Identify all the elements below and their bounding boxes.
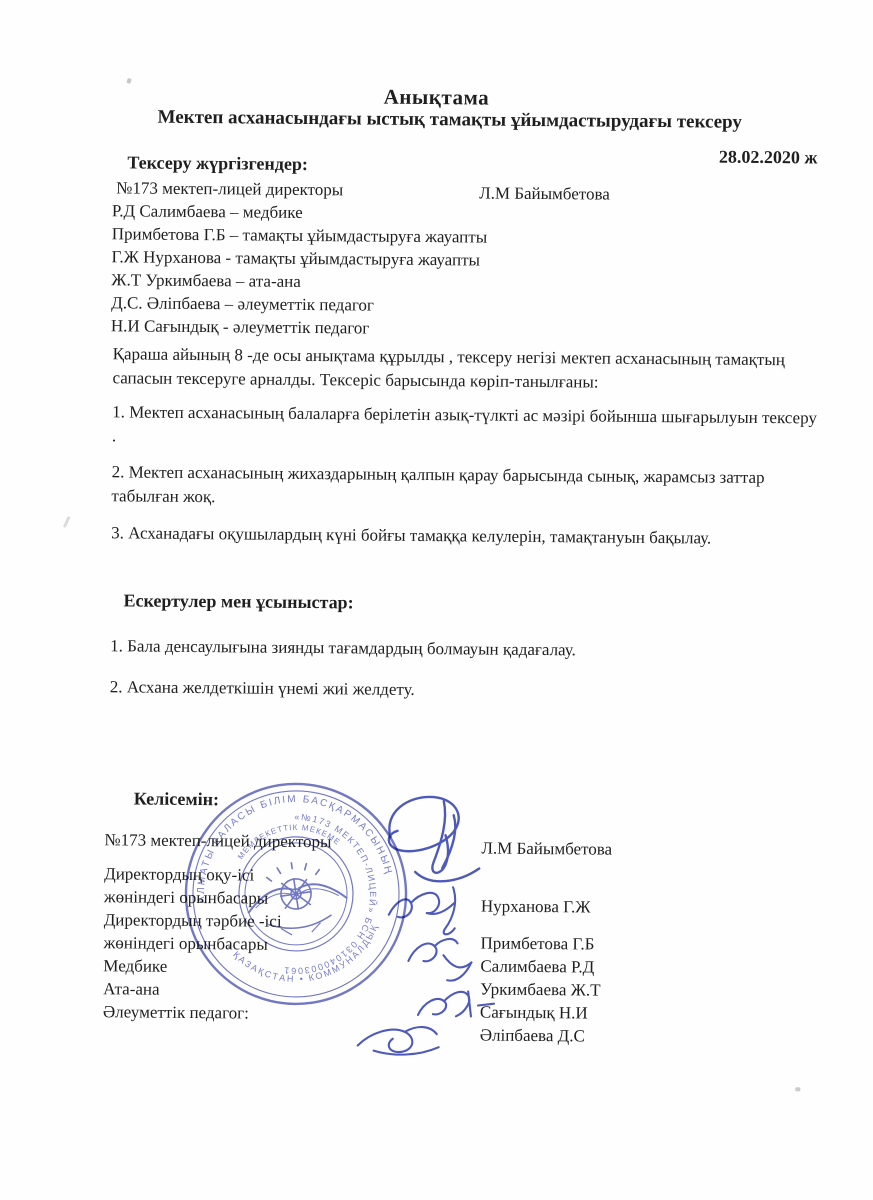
handwritten-signatures	[343, 774, 546, 1076]
inspectors-heading: Тексеру жүргізгендер:	[127, 152, 308, 175]
inspector-line: Примбетова Г.Б – тамақты ұйымдастыруға ж…	[112, 224, 812, 250]
remark-item: 2. Асхана желдеткішін үнемі жиі желдету.	[110, 675, 816, 705]
inspector-line: Р.Д Салимбаева – медбике	[112, 201, 812, 227]
finding-item: 2. Мектеп асханасының жихаздарының қалпы…	[111, 460, 817, 514]
scan-speck	[795, 1087, 800, 1091]
scan-content: Анықтама Мектеп асханасындағы ыстық тама…	[0, 0, 873, 1200]
inspector-name: Л.М Байымбетова	[479, 183, 610, 204]
scan-speck	[63, 516, 71, 528]
document-date: 28.02.2020 ж	[517, 145, 817, 169]
inspector-line: Г.Ж Нурханова - тамақты ұйымдастыруға жа…	[111, 247, 811, 273]
finding-item: 1. Мектеп асханасының балаларға берілеті…	[112, 400, 818, 454]
inspector-role: №173 мектеп-лицей директоры	[116, 178, 343, 199]
finding-item: 3. Асханадағы оқушылардың күні бойғы там…	[111, 521, 817, 551]
intro-paragraph: Қараша айының 8 -де осы анықтама құрылды…	[112, 342, 818, 396]
signature-nurkhanova	[389, 887, 456, 935]
inspector-line: Д.С. Әліпбаева – әлеуметтік педагог	[111, 293, 811, 319]
inspector-line: Ж.Т Уркимбаева – ата-ана	[111, 270, 811, 296]
remark-item: 1. Бала денсаулығына зиянды тағамдардың …	[110, 634, 816, 664]
signature-alipbaeva	[358, 1026, 439, 1055]
signature-director	[389, 797, 480, 882]
scanned-document-page: Анықтама Мектеп асханасындағы ыстық тама…	[0, 0, 873, 1200]
inspector-row-director: №173 мектеп-лицей директоры Л.М Байымбет…	[116, 178, 816, 204]
signature-primbetova	[408, 939, 471, 981]
inspector-line: Н.И Сағындық - әлеуметтік педагог	[111, 316, 811, 342]
remarks-heading: Ескертулер мен ұсыныстар:	[123, 590, 353, 613]
signature-sagyndyk	[418, 991, 494, 1017]
